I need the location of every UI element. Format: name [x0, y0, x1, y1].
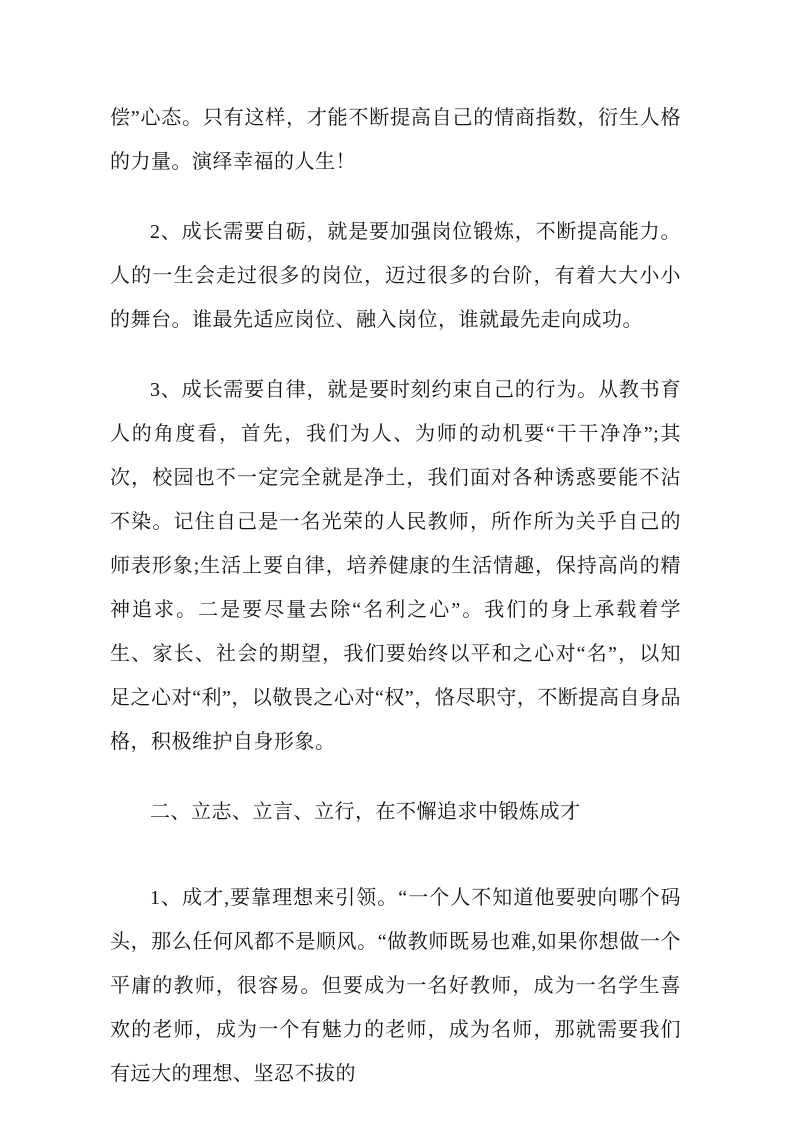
document-page: 偿”心态。只有这样，才能不断提高自己的情商指数，衍生人格的力量。演绎幸福的人生！…: [0, 0, 793, 1122]
paragraph-continued: 偿”心态。只有这样，才能不断提高自己的情商指数，衍生人格的力量。演绎幸福的人生！: [110, 96, 681, 184]
paragraph-numbered-2: 2、成长需要自砺，就是要加强岗位锻炼，不断提高能力。人的一生会走过很多的岗位，迈…: [110, 210, 681, 342]
section-heading: 二、立志、立言、立行，在不懈追求中锻炼成才: [110, 790, 681, 834]
paragraph-numbered-1: 1、成才,要靠理想来引领。“一个人不知道他要驶向哪个码头，那么任何风都不是顺风。…: [110, 876, 681, 1096]
paragraph-numbered-3: 3、成长需要自律，就是要时刻约束自己的行为。从教书育人的角度看，首先，我们为人、…: [110, 368, 681, 764]
